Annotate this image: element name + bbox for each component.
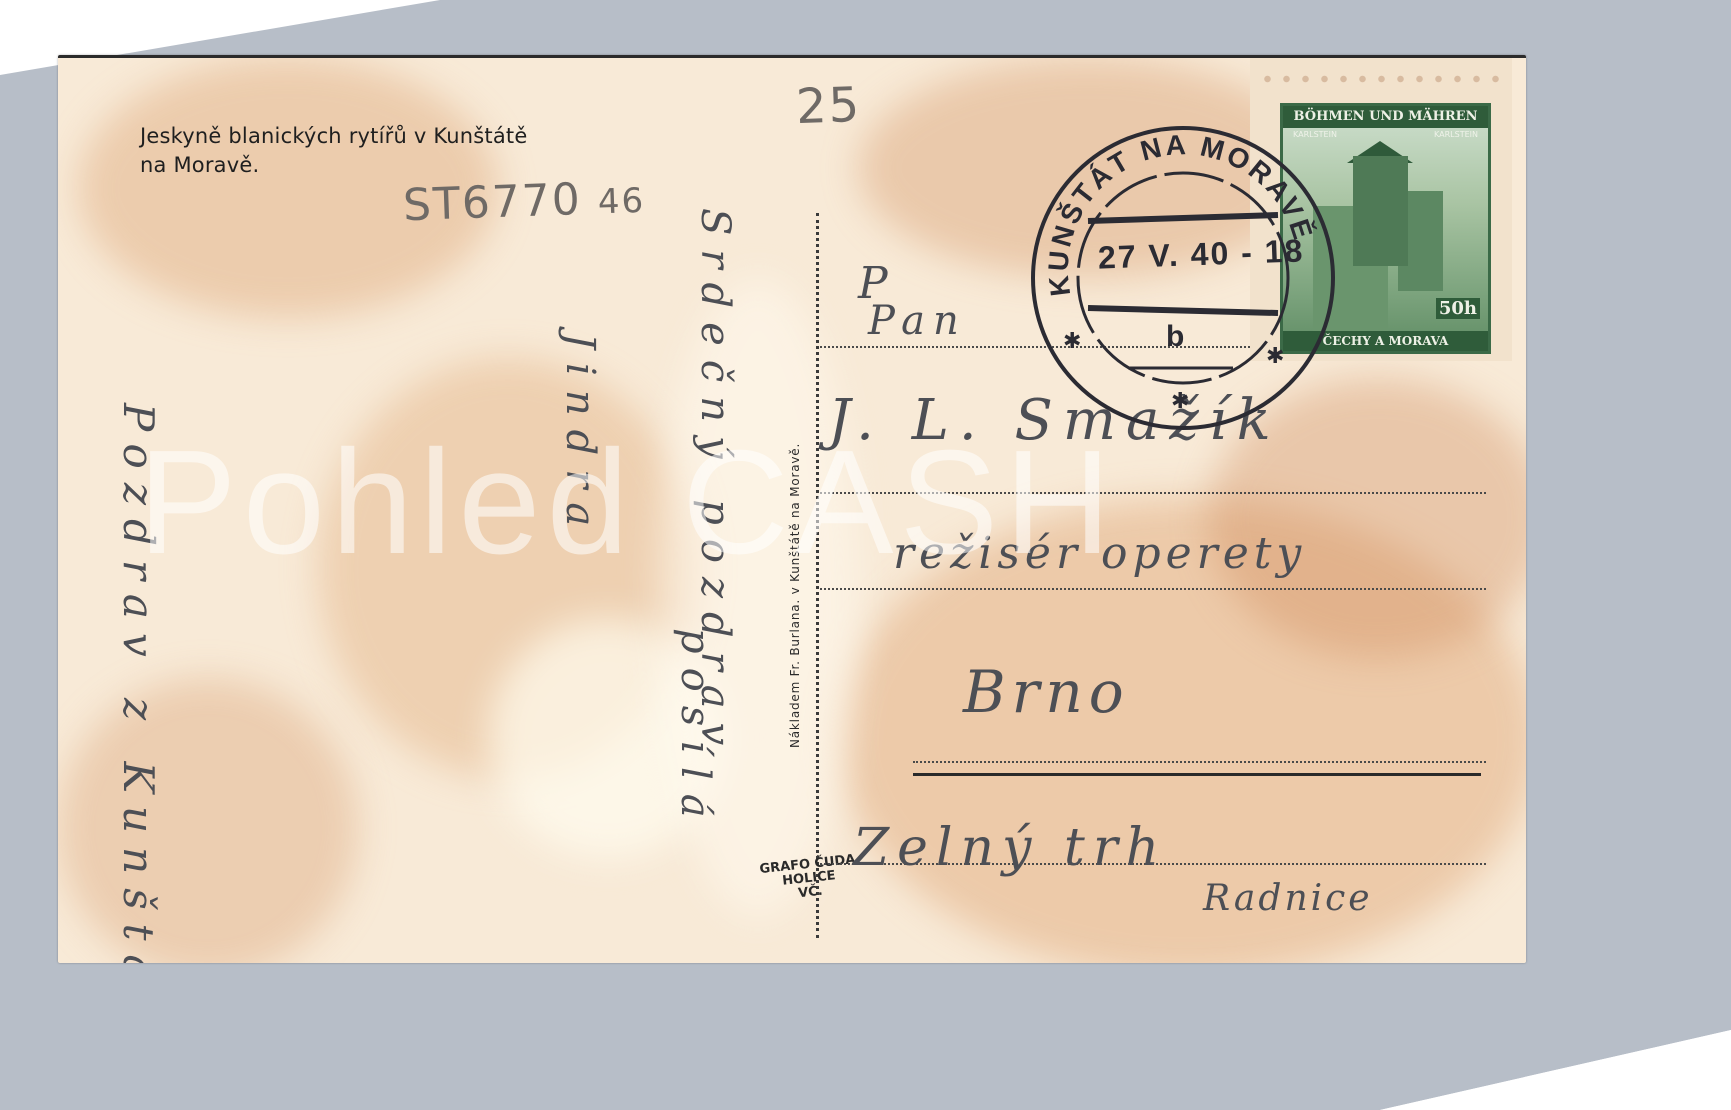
handwritten-district: Radnice [1203, 878, 1373, 919]
address-underline [913, 773, 1481, 776]
castle-icon [1353, 156, 1408, 266]
pencil-inventory-code: ST6770 46 [402, 172, 646, 231]
caption-line-2: na Moravě. [140, 151, 528, 180]
postmark-star-icon: ✱ [1171, 389, 1189, 414]
postmark-star-icon: ✱ [1266, 344, 1284, 369]
stamp-value: 50h [1436, 298, 1480, 319]
postmark-letter: b [1166, 320, 1184, 354]
postmark-star-icon: ✱ [1063, 329, 1081, 354]
address-line [820, 588, 1486, 590]
handwritten-salutation: Pan [868, 298, 967, 344]
postcard-back: Jeskyně blanických rytířů v Kunštátě na … [58, 55, 1526, 963]
watermark: Pohled CASH [138, 418, 1117, 588]
stamp-perforation [1258, 74, 1504, 84]
handwritten-message: posílá [672, 628, 718, 832]
handwritten-street: Zelný trh [853, 818, 1167, 878]
pencil-number: 25 [795, 77, 862, 135]
foxing-stain [58, 678, 358, 963]
stamp-subtitle: KARLSTEIN [1434, 130, 1478, 139]
address-line [913, 761, 1486, 763]
caption-line-1: Jeskyně blanických rytířů v Kunštátě [140, 122, 528, 151]
handwritten-city: Brno [963, 658, 1130, 726]
postmark-date: 27 V. 40 - 18 [1097, 232, 1304, 276]
printed-caption: Jeskyně blanických rytířů v Kunštátě na … [140, 122, 528, 180]
